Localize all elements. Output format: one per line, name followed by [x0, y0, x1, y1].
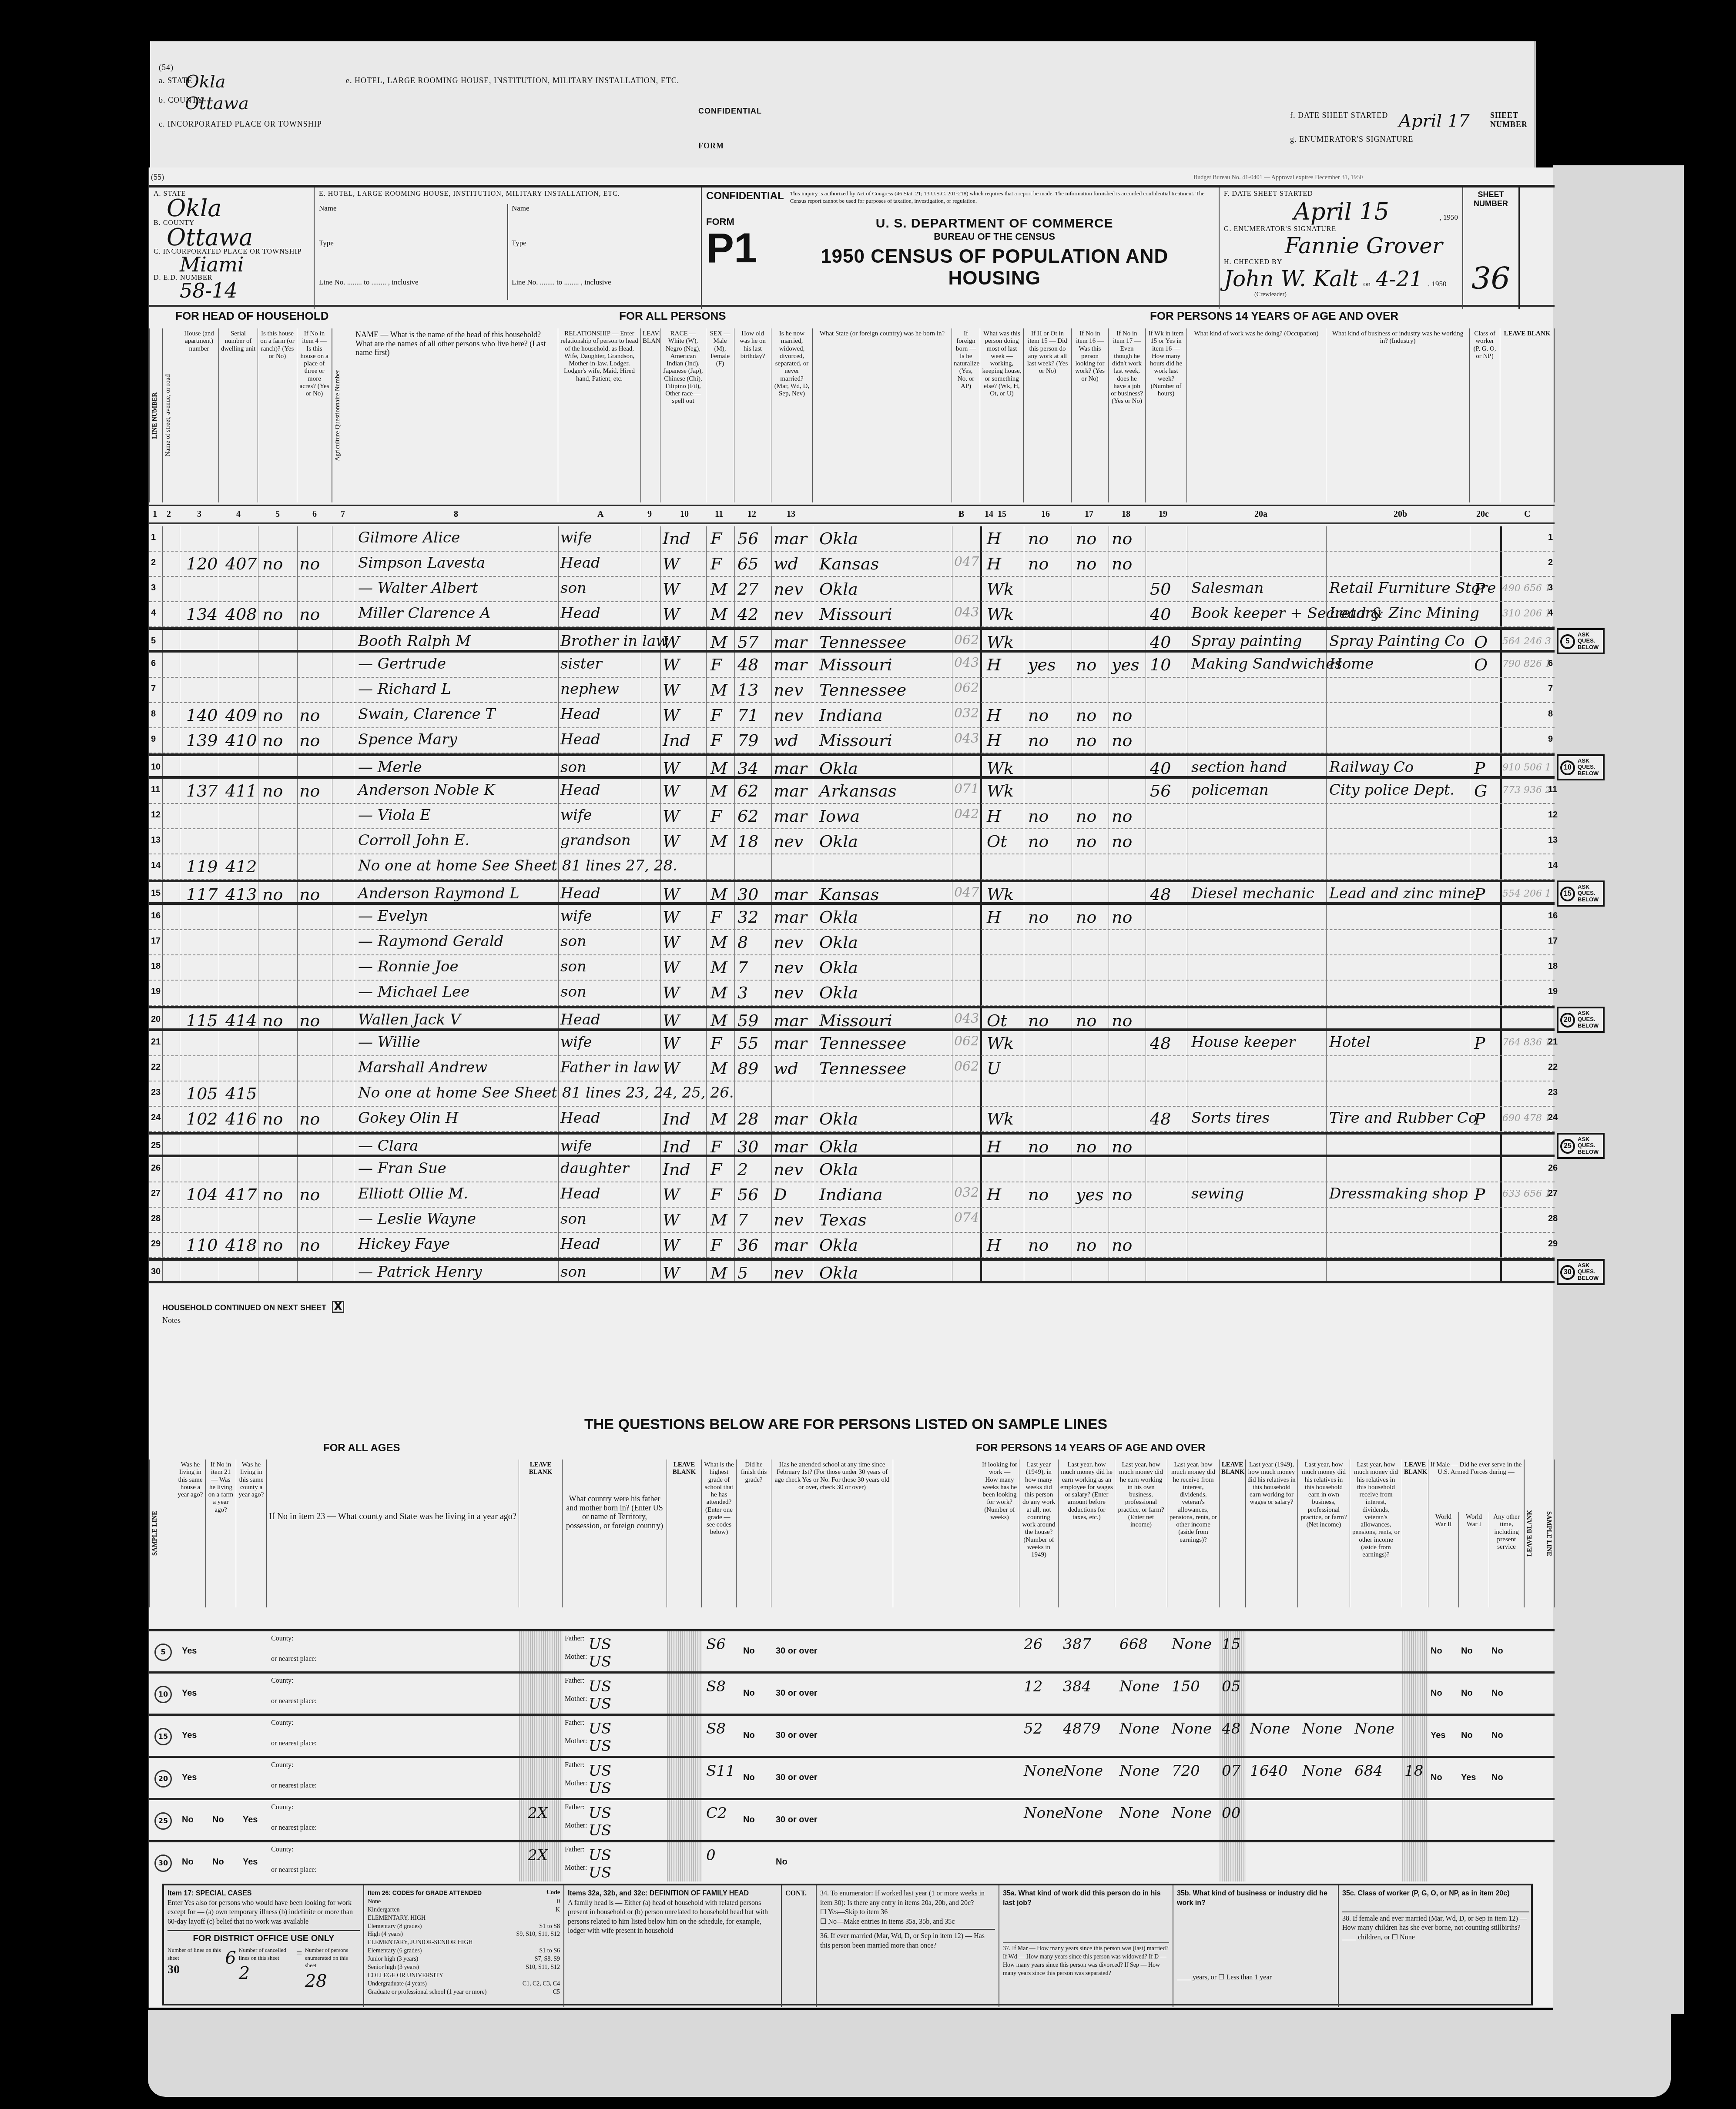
q37-text: 37. If Mar — How many years since this p… [1003, 1942, 1169, 1978]
cell-q16: no [1028, 907, 1049, 927]
sample-cell-q31a[interactable]: 384 [1063, 1678, 1091, 1695]
cell-mar: mar [774, 529, 807, 548]
sample-cell-grade[interactable]: S11 [706, 1762, 735, 1780]
cell-act: Wk [987, 1034, 1014, 1053]
sample-cell-q32b[interactable]: None [1302, 1720, 1342, 1737]
sample-cell-q28[interactable]: 30 or over [776, 1773, 818, 1783]
cell-occ: Diesel mechanic [1191, 885, 1314, 902]
cell-q17: no [1076, 907, 1096, 927]
colnum: B [958, 509, 964, 519]
table-row: 19— Michael LeesonWM3nevOkla19 [149, 981, 1555, 1006]
line-number-right: 7 [1548, 684, 1553, 694]
sample-cell-q31a[interactable]: None [1063, 1804, 1103, 1822]
cell-code: 043 [954, 1011, 979, 1026]
line-number: 24 [151, 1113, 161, 1123]
sqF-header: LEAVE BLANK [1220, 1460, 1246, 1607]
cell-hours: 40 [1150, 633, 1171, 652]
sample-cell-other[interactable]: No [1491, 1688, 1503, 1698]
sample-cell-q31b[interactable]: None [1119, 1720, 1160, 1737]
cell-rel: wife [560, 907, 592, 925]
sample-cell-grade[interactable]: S6 [706, 1636, 726, 1653]
cell-age: 71 [737, 706, 758, 725]
cell-code: 062 [954, 633, 979, 648]
colnum: 12 [747, 509, 756, 519]
form-title: 1950 CENSUS OF POPULATION AND HOUSING [774, 246, 1214, 289]
line-number: 25 [151, 1141, 161, 1151]
cell-house: 140 [186, 706, 218, 725]
sample-cell-finished[interactable]: No [743, 1773, 755, 1783]
cell-coded: 764 836 1 [1502, 1037, 1551, 1048]
cell-farm: no [262, 605, 283, 624]
line-number: 8 [151, 709, 156, 719]
cell-mar: mar [774, 1109, 807, 1128]
cell-acres: no [299, 1185, 320, 1204]
line-number-right: 1 [1548, 532, 1553, 542]
sample-cell-q28[interactable]: 30 or over [776, 1646, 818, 1656]
cell-name: Anderson Noble K [358, 781, 495, 799]
mother-label: Mother: [565, 1780, 587, 1788]
sample-cell-q28[interactable]: 30 or over [776, 1731, 818, 1741]
colnum: 2 [167, 509, 171, 519]
cell-q17: no [1076, 1011, 1096, 1030]
sq24-header: If No in item 23 — What county and State… [267, 1460, 519, 1607]
district-office-title: FOR DISTRICT OFFICE USE ONLY [168, 1930, 360, 1945]
col-birthplace: What State (or foreign country) was he b… [813, 328, 952, 502]
sample-line-number-icon: 25 [1560, 1139, 1575, 1154]
grade-code-list: None0KindergartenKELEMENTARY, HIGHElemen… [368, 1898, 560, 1997]
line-number: 6 [151, 659, 156, 669]
county-label: County: [271, 1846, 294, 1854]
colnum: A [597, 509, 603, 519]
sample-cell-f[interactable]: 48 [1222, 1720, 1240, 1737]
cell-code: 032 [954, 706, 979, 721]
sample-cell-g[interactable]: 18 [1404, 1762, 1423, 1780]
back-sheet-header: (54) a. STATE Okla b. COUNTY Ottawa c. I… [159, 63, 1525, 150]
grade-code-item: Senior high (3 years)S10, S11, S12 [368, 1964, 560, 1972]
cell-mar: nev [774, 933, 803, 952]
cell-sex: F [710, 1160, 722, 1179]
ques-label: QUES. [1578, 638, 1603, 644]
equals-sign: = [296, 1946, 302, 1993]
line-number-right: 4 [1548, 608, 1553, 618]
cell-rel: wife [560, 1034, 592, 1051]
sample-cell-q30[interactable]: None [1024, 1762, 1064, 1780]
cont-marker: CONT. [782, 1885, 817, 2007]
sample-cell-q21[interactable]: Yes [182, 1773, 197, 1783]
cell-hours: 48 [1150, 1034, 1171, 1053]
sample-cell-q28[interactable]: 30 or over [776, 1815, 818, 1825]
enumerator-box: f. DATE SHEET STARTED April 15 , 1950 g.… [1220, 187, 1463, 309]
cell-house: 139 [186, 731, 218, 750]
sample-cell-f[interactable]: 00 [1222, 1804, 1240, 1822]
sample-cell-father[interactable]: US [589, 1847, 611, 1864]
hotel-lineno-label-2: Line No. ........ to ........ , inclusiv… [512, 278, 697, 287]
line-number-right: 22 [1548, 1062, 1558, 1072]
cell-birth: Okla [819, 1137, 858, 1156]
cell-house: 115 [186, 1011, 218, 1030]
cell-sex: F [710, 554, 722, 573]
sample-cell-ww1[interactable]: No [1461, 1646, 1473, 1656]
sample-cell-q32c[interactable]: None [1354, 1720, 1394, 1737]
cell-age: 18 [737, 832, 758, 851]
cell-birth: Okla [819, 832, 858, 851]
cell-q16: no [1028, 1235, 1049, 1255]
below-label: BELOW [1578, 1023, 1603, 1029]
cell-serial: 413 [225, 885, 257, 904]
sample-cell-f[interactable]: 15 [1222, 1636, 1240, 1653]
cell-age: 13 [737, 680, 758, 700]
line-number: 2 [151, 558, 156, 568]
checked-by-label: h. CHECKED BY [1224, 258, 1458, 266]
table-row: 22Marshall AndrewFather in lawWM89wdTenn… [149, 1056, 1555, 1081]
line-number: 1 [151, 532, 156, 542]
grade-code-item: KindergartenK [368, 1906, 560, 1915]
cell-q18: no [1112, 706, 1132, 725]
ask-questions-below-marker: 30ASKQUES.BELOW [1557, 1259, 1605, 1285]
cell-rel: son [560, 1263, 586, 1281]
county-value: Ottawa [167, 227, 309, 248]
colnum: 15 [998, 509, 1006, 519]
sample-cell-q32b[interactable]: None [1302, 1762, 1342, 1780]
cell-house: 119 [186, 857, 218, 876]
cell-code: 043 [954, 731, 979, 746]
cell-rel: son [560, 1210, 586, 1228]
sample-line-number-icon: 5 [1560, 634, 1575, 649]
cell-serial: 407 [225, 554, 257, 573]
table-row: 26— Fran SuedaughterIndF2nevOkla26 [149, 1157, 1555, 1182]
cell-code: 062 [954, 1034, 979, 1049]
sample-cell-father[interactable]: US [589, 1762, 611, 1780]
grade-code-item: Elementary (6 grades)S1 to S6 [368, 1947, 560, 1955]
cell-act: H [987, 1185, 1001, 1204]
crewleader-label: (Crewleader) [1254, 291, 1458, 298]
cell-ind: Hotel [1329, 1034, 1371, 1051]
sample-cell-ww2[interactable]: No [1431, 1688, 1442, 1698]
cell-name: — Gertrude [358, 655, 446, 673]
extra-mark: 6 [225, 1946, 236, 1993]
grade-code-item: Undergraduate (4 years)C1, C2, C3, C4 [368, 1980, 560, 1988]
col-farm: Is this house on a farm (or ranch)? (Yes… [258, 328, 297, 502]
cell-rel: wife [560, 1137, 592, 1155]
page-edge [1553, 165, 1684, 2014]
cell-occ: Sorts tires [1191, 1109, 1270, 1127]
grade-code-label: ELEMENTARY, JUNIOR-SENIOR HIGH [368, 1939, 473, 1947]
sample-cell-mother[interactable]: US [589, 1695, 611, 1713]
colnum: 1 [153, 509, 157, 519]
hotel-lineno-label-1: Line No. ........ to ........ , inclusiv… [319, 278, 504, 287]
colnum: 11 [715, 509, 723, 519]
col-has-job: If No in item 17 — Even though he didn't… [1109, 328, 1146, 502]
q34-yes[interactable]: ☐ Yes—Skip to item 36 [820, 1908, 995, 1917]
q35b-box: 35b. What kind of business or industry d… [1173, 1885, 1339, 2007]
q37-answer: ____ years, or ☐ Less than 1 year [1177, 1973, 1334, 1982]
sample-cell-q22[interactable]: No [212, 1815, 224, 1825]
nearest-place-label: or nearest place: [271, 1824, 317, 1832]
lines-label: Number of lines on this sheet [168, 1946, 222, 1962]
line-number: 17 [151, 936, 161, 946]
cell-race: W [663, 832, 680, 851]
sample-cell-mother[interactable]: US [589, 1653, 611, 1670]
sample-cell-q21[interactable]: Yes [182, 1688, 197, 1698]
col-serial: Serial number of dwelling unit [219, 328, 258, 502]
sample-cell-q32a[interactable]: 1640 [1250, 1762, 1288, 1780]
sample-cell-ww1[interactable]: No [1461, 1688, 1473, 1698]
cell-age: 7 [737, 1210, 748, 1229]
sample-table-row: 20115414nonoWallen Jack VHeadWM59marMiss… [149, 1006, 1555, 1031]
sample-cell-q22[interactable]: No [212, 1857, 224, 1867]
q34-no[interactable]: ☐ No—Make entries in items 35a, 35b, and… [820, 1917, 995, 1927]
sample-cell-q30[interactable]: 12 [1024, 1678, 1042, 1695]
sample-cell-father[interactable]: US [589, 1678, 611, 1695]
cell-act: H [987, 706, 1001, 725]
enumerator-signature: Fannie Grover [1285, 233, 1458, 258]
sample-cell-q32c[interactable]: 684 [1354, 1762, 1383, 1780]
sample-cell-q28[interactable]: 30 or over [776, 1688, 818, 1698]
sample-cell-father[interactable]: US [589, 1636, 611, 1653]
sample-cell-finished[interactable]: No [743, 1731, 755, 1741]
cell-q18: no [1112, 807, 1132, 826]
sample-cell-mother[interactable]: US [589, 1737, 611, 1755]
cell-farm: no [262, 781, 283, 800]
cell-birth: Okla [819, 1109, 858, 1128]
sample-cell-father[interactable]: US [589, 1804, 611, 1822]
cell-acres: no [299, 731, 320, 750]
sample-cell-f[interactable]: 05 [1222, 1678, 1240, 1695]
sq31b-header: Last year, how much money did he earn wo… [1115, 1460, 1167, 1607]
cell-mar: nev [774, 832, 803, 851]
back-date-label: f. DATE SHEET STARTED [1290, 111, 1388, 120]
cell-q17: no [1076, 731, 1096, 750]
sample-line-label-right: SAMPLE LINE [1542, 1460, 1555, 1607]
sample-cell-q31a[interactable]: 387 [1063, 1636, 1091, 1653]
grade-code-item: COLLEGE OR UNIVERSITY [368, 1972, 560, 1980]
sample-cell-q31c[interactable]: 720 [1172, 1762, 1200, 1780]
sample-cell-q21[interactable]: Yes [182, 1731, 197, 1741]
sample-cell-q31b[interactable]: None [1119, 1678, 1160, 1695]
cell-acres: no [299, 1011, 320, 1030]
line-number-right: 2 [1548, 558, 1553, 568]
cell-age: 65 [737, 554, 758, 573]
cell-mar: nev [774, 1263, 803, 1282]
sample-cell-q31c[interactable]: None [1172, 1804, 1212, 1822]
cell-q16: no [1028, 554, 1049, 573]
cell-acres: no [299, 1235, 320, 1255]
sample-row: 15YesUSUSS8No30 or over524879NoneNone48N… [149, 1714, 1555, 1756]
cell-occ: House keeper [1191, 1034, 1295, 1051]
cell-sex: F [710, 1137, 722, 1156]
cell-birth: Okla [819, 1160, 858, 1179]
sample-cell-q32a[interactable]: None [1250, 1720, 1290, 1737]
cell-serial: 410 [225, 731, 257, 750]
cell-race: W [663, 807, 680, 826]
sample-cell-q21[interactable]: Yes [182, 1646, 197, 1656]
table-row: 28— Leslie WaynesonWM7nevTexas07428 [149, 1208, 1555, 1233]
column-numbers: 1 2 3 4 5 6 7 8 A 9 10 11 12 13 B 14 15 … [149, 505, 1555, 524]
sample-cell-mother[interactable]: US [589, 1864, 611, 1881]
cell-acres: no [299, 605, 320, 624]
sample-cell-father[interactable]: US [589, 1720, 611, 1737]
cell-birth: Arkansas [819, 781, 896, 800]
cell-age: 62 [737, 781, 758, 800]
sample-cell-q30[interactable]: None [1024, 1804, 1064, 1822]
cell-birth: Okla [819, 1263, 858, 1282]
cell-cls: P [1474, 1109, 1485, 1128]
colnum: 7 [341, 509, 345, 519]
table-row: 12— Viola EwifeWF62marIowa042Hnonono12 [149, 804, 1555, 829]
col-leave-blank-c: LEAVE BLANK [1500, 328, 1555, 502]
cont-label: CONT. [785, 1889, 812, 1898]
line-number: 20 [151, 1014, 161, 1024]
sample-cell-q31a[interactable]: None [1063, 1762, 1103, 1780]
cell-birth: Tennessee [819, 680, 906, 700]
cell-house: 120 [186, 554, 218, 573]
sample-cell-ww1[interactable]: No [1461, 1731, 1473, 1741]
sample-cell-finished[interactable]: No [743, 1815, 755, 1825]
sample-cell-grade[interactable]: S8 [706, 1678, 726, 1695]
sq32c-header: Last year, how much money did his relati… [1350, 1460, 1402, 1607]
sample-cell-other[interactable]: No [1491, 1646, 1503, 1656]
cell-age: 34 [737, 759, 758, 778]
cell-mar: nev [774, 680, 803, 700]
table-row: 13Corroll John E.grandsonWM18nevOklaOtno… [149, 829, 1555, 854]
line-number: 13 [151, 835, 161, 845]
cell-act: H [987, 554, 1001, 573]
cell-q17: no [1076, 807, 1096, 826]
q38-text: 38. If female and ever married (Mar, Wd,… [1342, 1911, 1529, 1933]
sample-cell-mother[interactable]: US [589, 1822, 611, 1839]
grade-code-item: High (4 years)S9, S10, S11, S12 [368, 1931, 560, 1939]
checked-on-label: on [1363, 280, 1371, 288]
line-number-right: 18 [1548, 961, 1558, 971]
col-leave-blank-a: LEAVE BLANK [641, 328, 660, 502]
ask-questions-below-marker: 15ASKQUES.BELOW [1557, 880, 1605, 907]
line-number: 15 [151, 888, 161, 898]
line-number-right: 13 [1548, 835, 1558, 845]
sample-cell-q23[interactable]: Yes [243, 1815, 258, 1825]
sq31c-header: Last year, how much money did he receive… [1167, 1460, 1220, 1607]
cell-serial: 409 [225, 706, 257, 725]
hotel-col-1: Name Type Line No. ........ to ........ … [319, 204, 508, 300]
table-row: 23105415No one at home See Sheet 81 line… [149, 1081, 1555, 1107]
sample-cell-ww2[interactable]: No [1431, 1646, 1442, 1656]
sample-cell-q30[interactable]: 52 [1024, 1720, 1042, 1737]
cell-age: 36 [737, 1235, 758, 1255]
cell-sex: M [710, 983, 727, 1002]
sample-cell-q31b[interactable]: None [1119, 1804, 1160, 1822]
cancelled-value: 2 [239, 1962, 294, 1985]
cell-occ: Making Sandwiches [1191, 655, 1342, 673]
household-continued-checkbox[interactable]: X [332, 1301, 344, 1313]
sample-cell-ww1[interactable]: Yes [1461, 1773, 1476, 1783]
cell-cls: G [1474, 781, 1487, 800]
cell-race: Ind [663, 1160, 690, 1179]
ask-label: ASK [1578, 758, 1603, 764]
household-continued: HOUSEHOLD CONTINUED ON NEXT SHEET X [162, 1301, 344, 1313]
cell-hours: 40 [1150, 605, 1171, 624]
sample-cell-other[interactable]: No [1491, 1731, 1503, 1741]
line-number: 18 [151, 961, 161, 971]
date-started-label: f. DATE SHEET STARTED [1224, 190, 1458, 198]
cell-race: W [663, 759, 680, 778]
cell-q18: no [1112, 1137, 1132, 1156]
cell-mar: mar [774, 885, 807, 904]
sample-cell-q28[interactable]: No [776, 1857, 788, 1867]
sample-cell-q30[interactable]: 26 [1024, 1636, 1042, 1653]
sample-cell-ww2[interactable]: No [1431, 1773, 1442, 1783]
sample-cell-q31a[interactable]: 4879 [1063, 1720, 1101, 1737]
grade-codes-code-header: Code [546, 1889, 560, 1897]
sample-cell-q31c[interactable]: 150 [1172, 1678, 1200, 1695]
sample-cell-d[interactable]: 2X [528, 1847, 548, 1864]
cell-mar: nev [774, 579, 803, 599]
sample-cell-q31b[interactable]: None [1119, 1762, 1160, 1780]
ask-label: ASK [1578, 1136, 1603, 1142]
cell-race: W [663, 680, 680, 700]
sample-cell-grade[interactable]: 0 [706, 1847, 716, 1864]
cell-farm: no [262, 554, 283, 573]
grade-code-label: COLLEGE OR UNIVERSITY [368, 1972, 443, 1980]
sample-cell-grade[interactable]: S8 [706, 1720, 726, 1737]
sample-cell-ww2[interactable]: Yes [1431, 1731, 1445, 1741]
cell-rel: Head [560, 1235, 600, 1253]
sample-cell-grade[interactable]: C2 [706, 1804, 727, 1822]
cell-rel: Head [560, 885, 600, 902]
ques-label: QUES. [1578, 1269, 1603, 1275]
sqD-header: LEAVE BLANK [519, 1460, 563, 1607]
cell-sex: M [710, 1263, 727, 1282]
sample-row: 10YesUSUSS8No30 or over12384None15005NoN… [149, 1671, 1555, 1714]
sample-cell-q31b[interactable]: 668 [1119, 1636, 1148, 1653]
sq33b-header: World War I [1459, 1512, 1489, 1607]
cell-q17: no [1076, 529, 1096, 548]
sample-cell-q21[interactable]: No [182, 1815, 194, 1825]
cell-act: H [987, 1137, 1001, 1156]
cell-rel: Brother in law [560, 633, 668, 650]
sample-cell-q21[interactable]: No [182, 1857, 194, 1867]
table-row: 9139410nonoSpence MaryHeadIndF79wdMissou… [149, 728, 1555, 753]
form-id: P1 [706, 228, 757, 269]
cell-birth: Missouri [819, 1011, 892, 1030]
line-number: 27 [151, 1188, 161, 1198]
sample-cell-mother[interactable]: US [589, 1780, 611, 1797]
sample-cell-q23[interactable]: Yes [243, 1857, 258, 1867]
cell-rel: nephew [560, 680, 619, 698]
cell-sex: M [710, 958, 727, 977]
sample-cell-q31c[interactable]: None [1172, 1720, 1212, 1737]
cell-farm: no [262, 885, 283, 904]
cell-age: 89 [737, 1059, 758, 1078]
sample-cell-d[interactable]: 2X [528, 1804, 548, 1822]
cell-occ: section hand [1191, 759, 1287, 776]
sample-cell-finished[interactable]: No [743, 1688, 755, 1698]
cell-act: Wk [987, 579, 1014, 599]
cell-act: Wk [987, 759, 1014, 778]
sample-cell-finished[interactable]: No [743, 1646, 755, 1656]
grade-code-label: Elementary (8 grades) [368, 1923, 422, 1931]
line-number: 7 [151, 684, 156, 694]
sample-cell-q31c[interactable]: None [1172, 1636, 1212, 1653]
sample-table-row: 10— MerlesonWM34marOklaWk40section handR… [149, 753, 1555, 779]
sample-line-label-left: SAMPLE LINE [149, 1460, 175, 1607]
section-14-and-over: FOR PERSONS 14 YEARS OF AGE AND OVER [1150, 309, 1398, 323]
cell-ind: City police Dept. [1329, 781, 1454, 799]
sample-cell-other[interactable]: No [1491, 1773, 1503, 1783]
bureau: BUREAU OF THE CENSUS [774, 231, 1214, 242]
sample-cell-f[interactable]: 07 [1222, 1762, 1240, 1780]
ask-questions-below-marker: 10ASKQUES.BELOW [1557, 754, 1605, 780]
sample-table-row: 25— ClarawifeIndF30marOklaHnonono25ASKQU… [149, 1132, 1555, 1157]
colnum: 4 [236, 509, 241, 519]
